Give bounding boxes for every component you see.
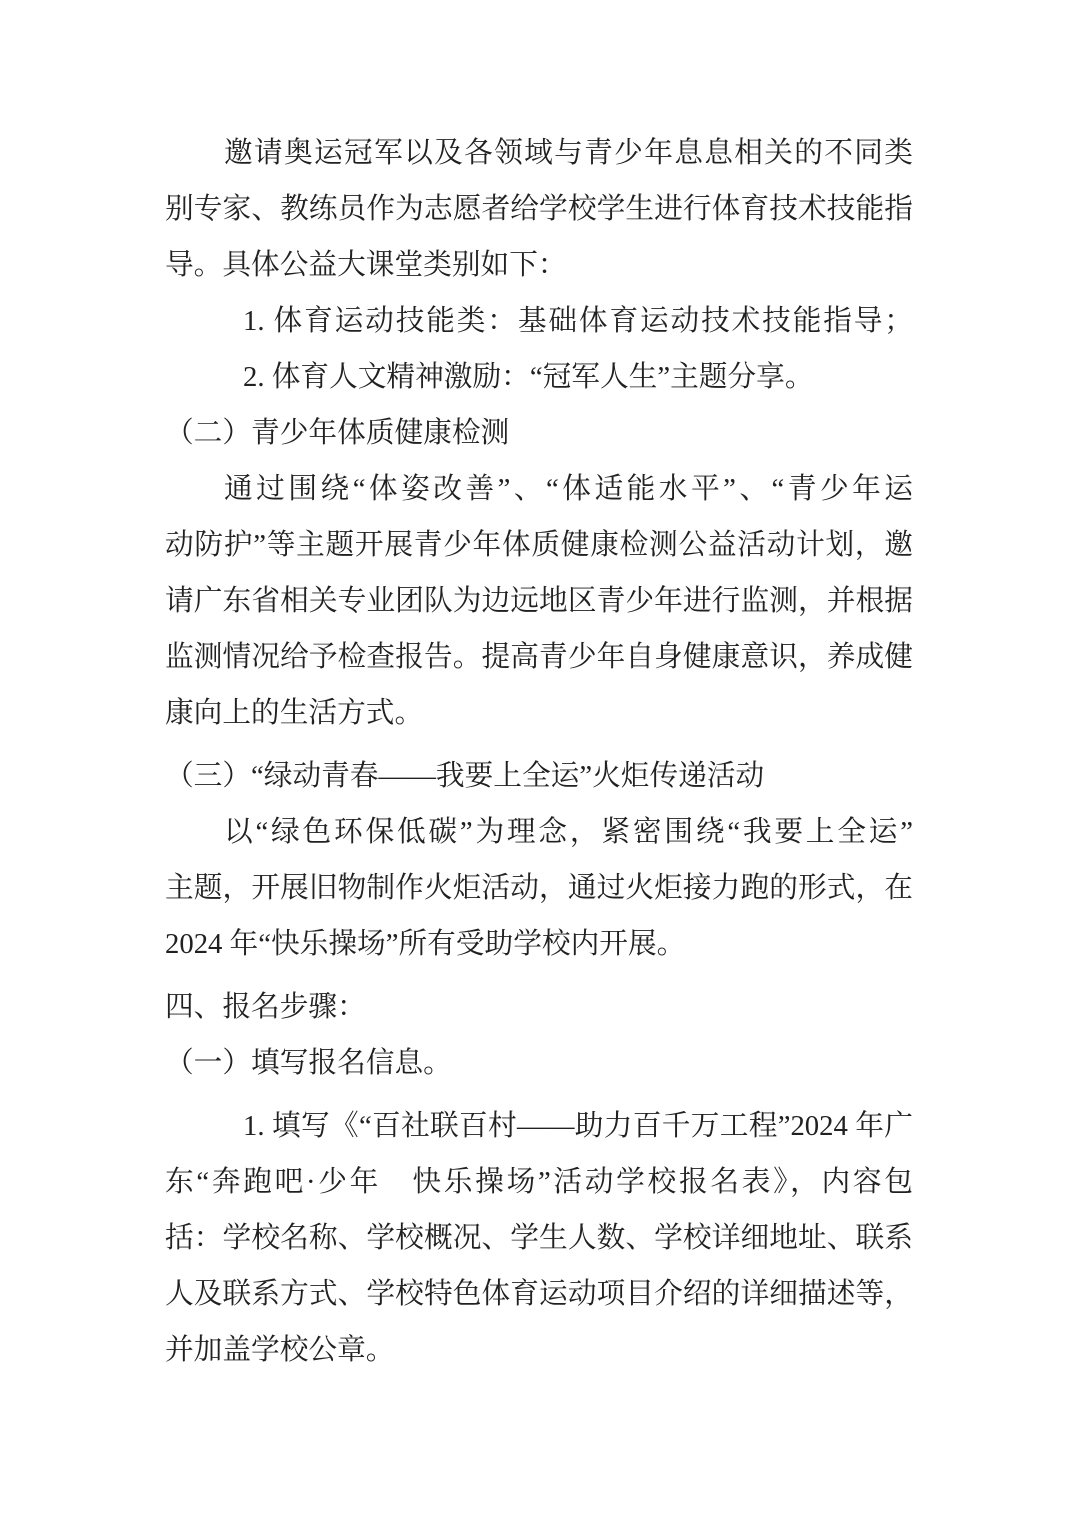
- text-line: 动防护”等主题开展青少年体质健康检测公益活动计划，邀: [165, 517, 913, 573]
- text-line: 2024 年“快乐操场”所有受助学校内开展。: [165, 916, 913, 972]
- text-line: 通过围绕“体姿改善”、“体适能水平”、“青少年运: [165, 461, 913, 517]
- text-line: （一）填写报名信息。: [165, 1035, 913, 1091]
- text-line: （三）“绿动青春——我要上全运”火炬传递活动: [165, 748, 913, 804]
- paragraph-body: 邀请奥运冠军以及各领域与青少年息息相关的不同类别专家、教练员作为志愿者给学校学生…: [165, 125, 913, 293]
- text-line: 邀请奥运冠军以及各领域与青少年息息相关的不同类: [165, 125, 913, 181]
- paragraph-heading: 四、报名步骤：: [165, 979, 913, 1035]
- paragraph-heading: （三）“绿动青春——我要上全运”火炬传递活动: [165, 748, 913, 804]
- text-line: 四、报名步骤：: [165, 979, 913, 1035]
- text-line: 并加盖学校公章。: [165, 1322, 913, 1378]
- paragraph-numbered: 1. 填写《“百社联百村——助力百千万工程”2024 年广东“奔跑吧·少年 快乐…: [165, 1098, 913, 1378]
- text-line: 括：学校名称、学校概况、学生人数、学校详细地址、联系: [165, 1210, 913, 1266]
- text-line: 别专家、教练员作为志愿者给学校学生进行体育技术技能指: [165, 181, 913, 237]
- paragraph-heading: （一）填写报名信息。: [165, 1035, 913, 1091]
- paragraph-body: 通过围绕“体姿改善”、“体适能水平”、“青少年运动防护”等主题开展青少年体质健康…: [165, 461, 913, 741]
- text-line: 东“奔跑吧·少年 快乐操场”活动学校报名表》，内容包: [165, 1154, 913, 1210]
- text-line: 监测情况给予检查报告。提高青少年自身健康意识，养成健: [165, 629, 913, 685]
- text-line: 1. 体育运动技能类：基础体育运动技术技能指导；: [165, 293, 913, 349]
- paragraph-heading: （二）青少年体质健康检测: [165, 405, 913, 461]
- text-line: 请广东省相关专业团队为边远地区青少年进行监测，并根据: [165, 573, 913, 629]
- document-page: 邀请奥运冠军以及各领域与青少年息息相关的不同类别专家、教练员作为志愿者给学校学生…: [0, 0, 1080, 1527]
- document-text-block: 邀请奥运冠军以及各领域与青少年息息相关的不同类别专家、教练员作为志愿者给学校学生…: [165, 125, 913, 1378]
- text-line: 1. 填写《“百社联百村——助力百千万工程”2024 年广: [165, 1098, 913, 1154]
- text-line: 导。具体公益大课堂类别如下：: [165, 237, 913, 293]
- paragraph-numbered: 1. 体育运动技能类：基础体育运动技术技能指导；: [165, 293, 913, 349]
- text-line: （二）青少年体质健康检测: [165, 405, 913, 461]
- text-line: 以“绿色环保低碳”为理念，紧密围绕“我要上全运”: [165, 804, 913, 860]
- text-line: 人及联系方式、学校特色体育运动项目介绍的详细描述等，: [165, 1266, 913, 1322]
- paragraph-numbered: 2. 体育人文精神激励：“冠军人生”主题分享。: [165, 349, 913, 405]
- text-line: 2. 体育人文精神激励：“冠军人生”主题分享。: [165, 349, 913, 405]
- paragraph-body: 以“绿色环保低碳”为理念，紧密围绕“我要上全运”主题，开展旧物制作火炬活动，通过…: [165, 804, 913, 972]
- text-line: 康向上的生活方式。: [165, 685, 913, 741]
- text-line: 主题，开展旧物制作火炬活动，通过火炬接力跑的形式，在: [165, 860, 913, 916]
